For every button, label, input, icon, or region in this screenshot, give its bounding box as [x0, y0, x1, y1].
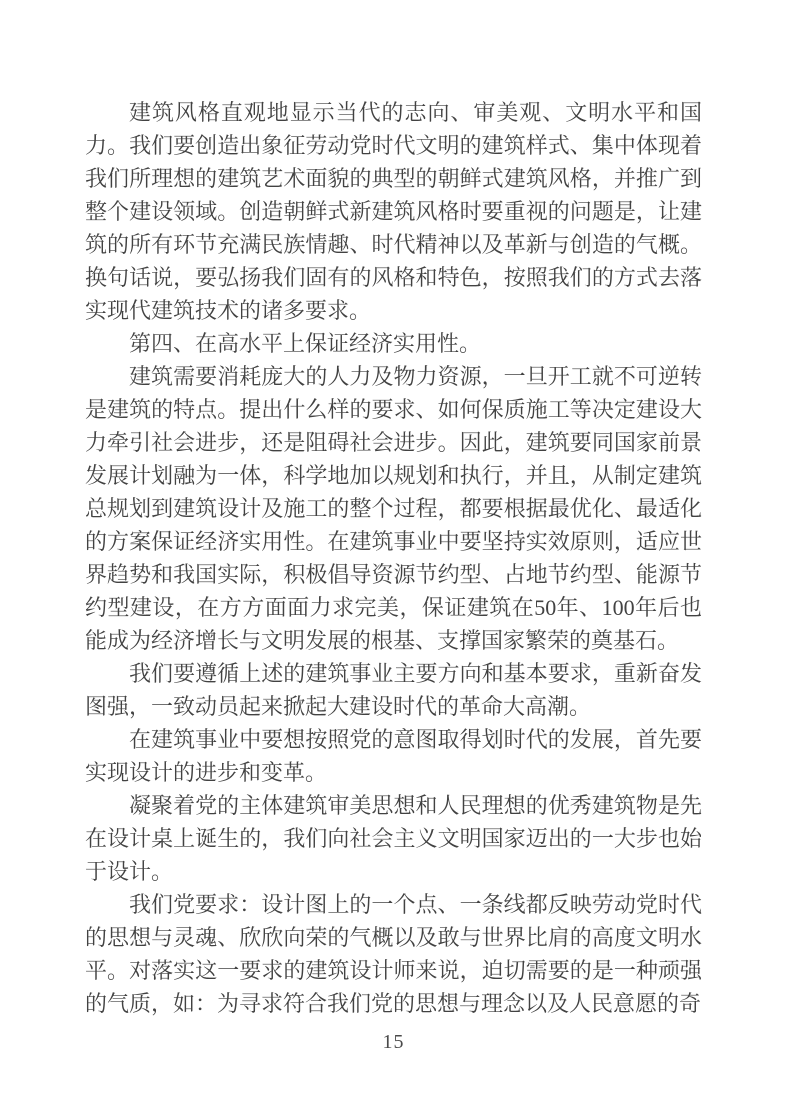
- paragraph-design-origin: 凝聚着党的主体建筑审美思想和人民理想的优秀建筑物是先在设计桌上诞生的，我们向社会…: [85, 789, 702, 888]
- paragraph-design-progress: 在建筑事业中要想按照党的意图取得划时代的发展，首先要实现设计的进步和变革。: [85, 723, 702, 789]
- paragraph-mobilization: 我们要遵循上述的建筑事业主要方向和基本要求，重新奋发图强，一致动员起来掀起大建设…: [85, 657, 702, 723]
- body-text: 建筑风格直观地显示当代的志向、审美观、文明水平和国力。我们要创造出象征劳动党时代…: [85, 96, 702, 1020]
- document-page: 建筑风格直观地显示当代的志向、审美观、文明水平和国力。我们要创造出象征劳动党时代…: [0, 0, 787, 1116]
- paragraph-party-requirement: 我们党要求：设计图上的一个点、一条线都反映劳动党时代的思想与灵魂、欣欣向荣的气概…: [85, 888, 702, 1020]
- section-heading-fourth-point: 第四、在高水平上保证经济实用性。: [85, 327, 702, 360]
- paragraph-building-style: 建筑风格直观地显示当代的志向、审美观、文明水平和国力。我们要创造出象征劳动党时代…: [85, 96, 702, 327]
- paragraph-economic-practicality: 建筑需要消耗庞大的人力及物力资源，一旦开工就不可逆转是建筑的特点。提出什么样的要…: [85, 360, 702, 657]
- page-number: 15: [383, 1031, 405, 1053]
- page-footer: 15: [85, 1031, 702, 1054]
